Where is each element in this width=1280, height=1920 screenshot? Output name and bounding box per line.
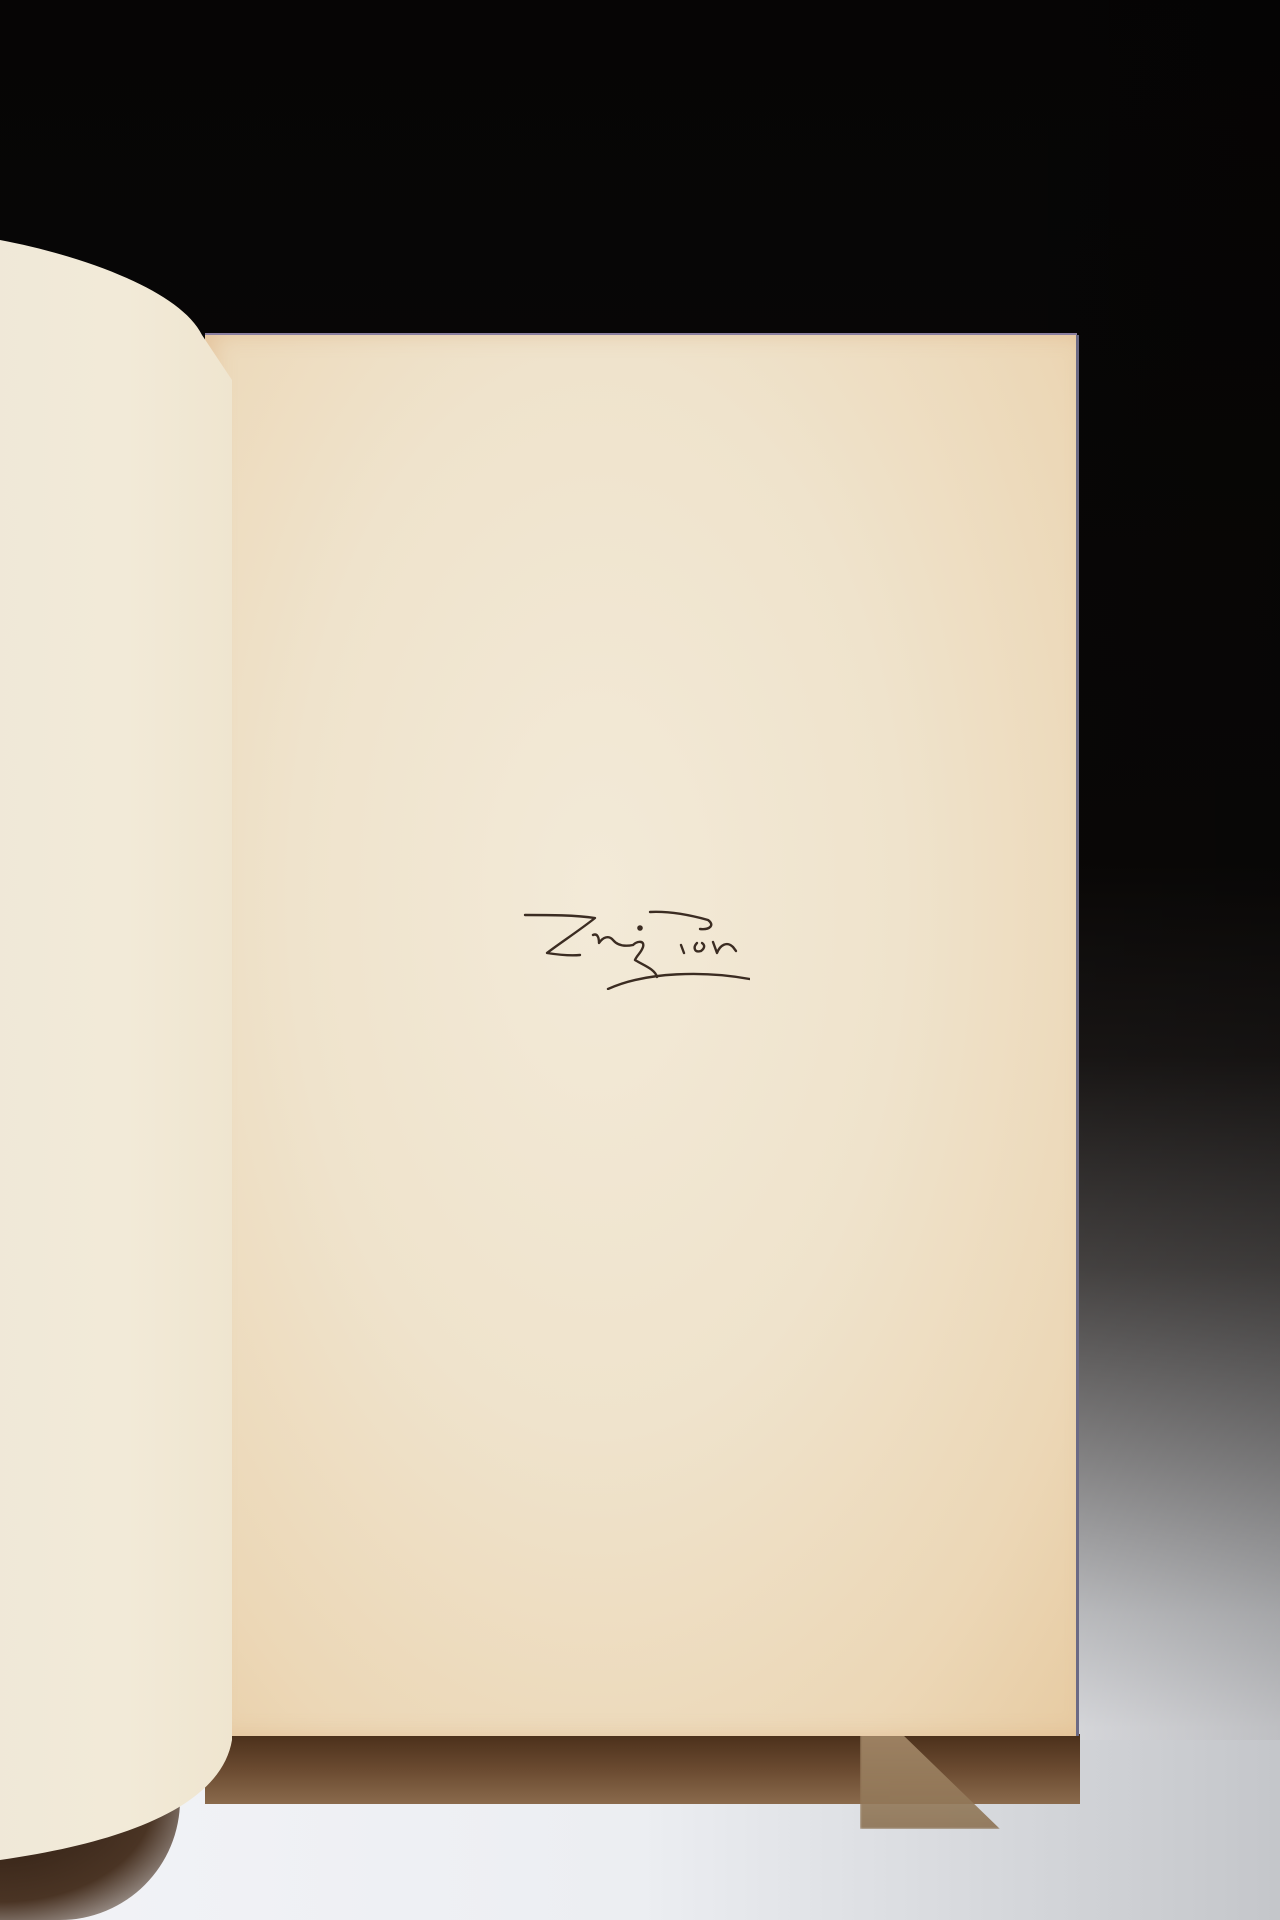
signature-icon <box>505 885 750 990</box>
right-page <box>205 333 1077 1736</box>
left-page <box>0 240 232 1860</box>
page-edge <box>1076 335 1079 1736</box>
handwritten-signature: Zvi Pois <box>505 885 750 990</box>
